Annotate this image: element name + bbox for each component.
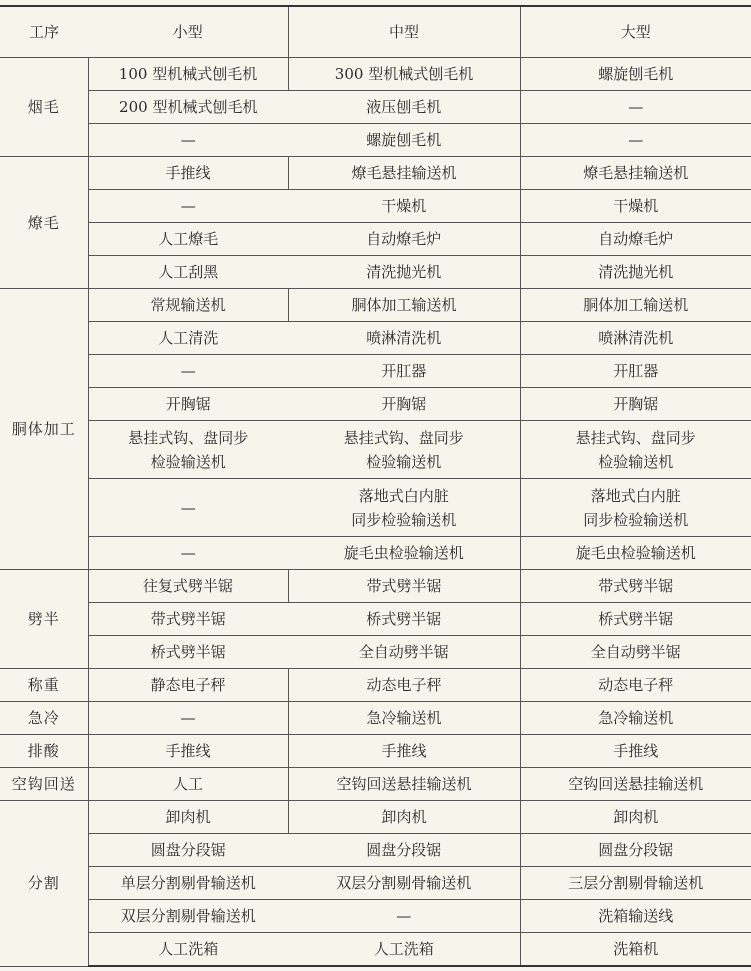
cell-text-line: 圆盘分段锯	[292, 838, 516, 862]
cell-text-line: 开胸锯	[292, 392, 516, 416]
cell-small: 双层分割剔骨输送机	[88, 900, 288, 933]
cell-large: 手推线	[520, 735, 751, 768]
cell-small: 人工清洗	[88, 322, 288, 355]
table-row: —旋毛虫检验输送机旋毛虫检验输送机	[0, 537, 751, 570]
cell-text-line: 燎毛悬挂输送机	[525, 161, 748, 185]
cell-large: 开胸锯	[520, 388, 751, 421]
cell-text-line: —	[93, 541, 285, 565]
cell-text-line: 桥式劈半锯	[93, 640, 285, 664]
cell-text-line: 胴体加工输送机	[525, 293, 748, 317]
cell-text-line: 桥式劈半锯	[525, 607, 748, 631]
table-row: 200 型机械式刨毛机液压刨毛机—	[0, 91, 751, 124]
cell-text-line: 往复式劈半锯	[93, 574, 284, 598]
table-row: 桥式劈半锯全自动劈半锯全自动劈半锯	[0, 636, 751, 669]
cell-text-line: 带式劈半锯	[93, 607, 285, 631]
cell-text-line: 手推线	[293, 739, 516, 763]
cell-text-line: 双层分割剔骨输送机	[292, 871, 516, 895]
cell-large: —	[520, 124, 751, 157]
header-row: 工序 小型 中型 大型	[0, 6, 751, 58]
cell-text-line: 静态电子秤	[93, 673, 284, 697]
cell-text-line: 落地式白内脏	[525, 484, 748, 508]
cell-medium: 自动燎毛炉	[288, 223, 520, 256]
cell-medium: 圆盘分段锯	[288, 834, 520, 867]
cell-text-line: 悬挂式钩、盘同步	[525, 426, 748, 450]
cell-medium: 300 型机械式刨毛机	[288, 58, 520, 91]
cell-large: 空钩回送悬挂输送机	[520, 768, 751, 801]
cell-small: 人工燎毛	[88, 223, 288, 256]
stage-cell: 劈半	[0, 570, 88, 669]
cell-medium: 卸肉机	[288, 801, 520, 834]
cell-medium: 胴体加工输送机	[288, 289, 520, 322]
cell-medium: 落地式白内脏同步检验输送机	[288, 479, 520, 537]
cell-text-line: 人工燎毛	[93, 227, 285, 251]
table-row: 双层分割剔骨输送机—洗箱输送线	[0, 900, 751, 933]
cell-text-line: 同步检验输送机	[525, 508, 748, 532]
cell-text-line: 喷淋清洗机	[525, 326, 748, 350]
cell-text-line: 桥式劈半锯	[292, 607, 516, 631]
cell-text-line: 人工清洗	[93, 326, 285, 350]
cell-text-line: 空钩回送悬挂输送机	[293, 772, 516, 796]
cell-large: 卸肉机	[520, 801, 751, 834]
cell-large: 全自动劈半锯	[520, 636, 751, 669]
cell-small: 静态电子秤	[88, 669, 288, 702]
cell-text-line: 卸肉机	[93, 805, 284, 829]
stage-cell: 空钩回送	[0, 768, 88, 801]
cell-text-line: 洗箱机	[525, 937, 748, 961]
cell-text-line: —	[292, 904, 516, 928]
cell-text-line: 落地式白内脏	[292, 484, 516, 508]
table-row: —开肛器开肛器	[0, 355, 751, 388]
cell-medium: 手推线	[288, 735, 520, 768]
cell-small: 悬挂式钩、盘同步检验输送机	[88, 421, 288, 479]
cell-text-line: —	[525, 95, 748, 119]
cell-small: 往复式劈半锯	[88, 570, 288, 603]
cell-large: 落地式白内脏同步检验输送机	[520, 479, 751, 537]
cell-text-line: 同步检验输送机	[292, 508, 516, 532]
cell-medium: 干燥机	[288, 190, 520, 223]
cell-text-line: 螺旋刨毛机	[292, 128, 516, 152]
header-stage: 工序	[0, 6, 88, 58]
cell-large: 燎毛悬挂输送机	[520, 157, 751, 190]
cell-large: 带式劈半锯	[520, 570, 751, 603]
cell-small: 开胸锯	[88, 388, 288, 421]
table-row: 人工清洗喷淋清洗机喷淋清洗机	[0, 322, 751, 355]
cell-text-line: 人工洗箱	[93, 937, 285, 961]
stage-cell: 称重	[0, 669, 88, 702]
cell-small: 桥式劈半锯	[88, 636, 288, 669]
cell-medium: —	[288, 900, 520, 933]
table-row: 人工洗箱人工洗箱洗箱机	[0, 933, 751, 967]
cell-text-line: 100 型机械式刨毛机	[93, 62, 284, 86]
cell-large: —	[520, 91, 751, 124]
cell-text-line: 胴体加工输送机	[293, 293, 516, 317]
cell-medium: 液压刨毛机	[288, 91, 520, 124]
cell-text-line: 悬挂式钩、盘同步	[292, 426, 516, 450]
cell-text-line: —	[93, 496, 285, 520]
cell-medium: 燎毛悬挂输送机	[288, 157, 520, 190]
cell-text-line: 悬挂式钩、盘同步	[93, 426, 285, 450]
cell-small: 100 型机械式刨毛机	[88, 58, 288, 91]
table-row: 人工刮黑清洗抛光机清洗抛光机	[0, 256, 751, 289]
cell-text-line: 开胸锯	[93, 392, 285, 416]
cell-small: 带式劈半锯	[88, 603, 288, 636]
cell-small: 卸肉机	[88, 801, 288, 834]
table-body: 烟毛100 型机械式刨毛机300 型机械式刨毛机螺旋刨毛机200 型机械式刨毛机…	[0, 58, 751, 967]
cell-text-line: 旋毛虫检验输送机	[292, 541, 516, 565]
table-row: 燎毛手推线燎毛悬挂输送机燎毛悬挂输送机	[0, 157, 751, 190]
cell-small: 手推线	[88, 157, 288, 190]
cell-small: —	[88, 124, 288, 157]
cell-large: 悬挂式钩、盘同步检验输送机	[520, 421, 751, 479]
table-row: 人工燎毛自动燎毛炉自动燎毛炉	[0, 223, 751, 256]
cell-text-line: —	[93, 194, 285, 218]
cell-small: —	[88, 537, 288, 570]
cell-text-line: 燎毛悬挂输送机	[293, 161, 516, 185]
cell-text-line: 清洗抛光机	[292, 260, 516, 284]
cell-medium: 旋毛虫检验输送机	[288, 537, 520, 570]
cell-large: 胴体加工输送机	[520, 289, 751, 322]
cell-medium: 桥式劈半锯	[288, 603, 520, 636]
cell-text-line: 空钩回送悬挂输送机	[525, 772, 748, 796]
cell-large: 螺旋刨毛机	[520, 58, 751, 91]
header-small: 小型	[88, 6, 288, 58]
cell-text-line: 人工	[93, 772, 284, 796]
cell-medium: 全自动劈半锯	[288, 636, 520, 669]
cell-large: 动态电子秤	[520, 669, 751, 702]
cell-small: 人工刮黑	[88, 256, 288, 289]
cell-small: —	[88, 355, 288, 388]
header-medium: 中型	[288, 6, 520, 58]
cell-medium: 清洗抛光机	[288, 256, 520, 289]
cell-text-line: 手推线	[525, 739, 748, 763]
cell-small: 人工	[88, 768, 288, 801]
cell-medium: 动态电子秤	[288, 669, 520, 702]
cell-text-line: 带式劈半锯	[293, 574, 516, 598]
table-row: —螺旋刨毛机—	[0, 124, 751, 157]
cell-text-line: 急冷输送机	[293, 706, 516, 730]
cell-text-line: 人工洗箱	[292, 937, 516, 961]
cell-text-line: 动态电子秤	[293, 673, 516, 697]
cell-medium: 带式劈半锯	[288, 570, 520, 603]
cell-large: 自动燎毛炉	[520, 223, 751, 256]
cell-text-line: 常规输送机	[93, 293, 284, 317]
cell-medium: 喷淋清洗机	[288, 322, 520, 355]
table-row: 单层分割剔骨输送机双层分割剔骨输送机三层分割剔骨输送机	[0, 867, 751, 900]
stage-cell: 烟毛	[0, 58, 88, 157]
cell-text-line: 卸肉机	[525, 805, 748, 829]
document-page: 工序 小型 中型 大型 烟毛100 型机械式刨毛机300 型机械式刨毛机螺旋刨毛…	[0, 0, 751, 971]
cell-text-line: 全自动劈半锯	[292, 640, 516, 664]
cell-text-line: 手推线	[93, 739, 284, 763]
table-row: 圆盘分段锯圆盘分段锯圆盘分段锯	[0, 834, 751, 867]
table-row: —落地式白内脏同步检验输送机落地式白内脏同步检验输送机	[0, 479, 751, 537]
cell-text-line: 300 型机械式刨毛机	[293, 62, 516, 86]
table-row: 带式劈半锯桥式劈半锯桥式劈半锯	[0, 603, 751, 636]
cell-large: 桥式劈半锯	[520, 603, 751, 636]
cell-text-line: 圆盘分段锯	[525, 838, 748, 862]
table-row: 开胸锯开胸锯开胸锯	[0, 388, 751, 421]
equipment-table: 工序 小型 中型 大型 烟毛100 型机械式刨毛机300 型机械式刨毛机螺旋刨毛…	[0, 5, 751, 967]
table-row: 悬挂式钩、盘同步检验输送机悬挂式钩、盘同步检验输送机悬挂式钩、盘同步检验输送机	[0, 421, 751, 479]
cell-medium: 空钩回送悬挂输送机	[288, 768, 520, 801]
cell-text-line: 卸肉机	[293, 805, 516, 829]
cell-large: 喷淋清洗机	[520, 322, 751, 355]
stage-cell: 急冷	[0, 702, 88, 735]
cell-small: 手推线	[88, 735, 288, 768]
cell-text-line: 动态电子秤	[525, 673, 748, 697]
cell-text-line: 检验输送机	[93, 450, 285, 474]
cell-text-line: 急冷输送机	[525, 706, 748, 730]
cell-text-line: 旋毛虫检验输送机	[525, 541, 748, 565]
cell-text-line: —	[93, 128, 285, 152]
cell-text-line: 双层分割剔骨输送机	[93, 904, 285, 928]
cell-small: —	[88, 190, 288, 223]
header-large: 大型	[520, 6, 751, 58]
cell-medium: 开肛器	[288, 355, 520, 388]
table-row: 烟毛100 型机械式刨毛机300 型机械式刨毛机螺旋刨毛机	[0, 58, 751, 91]
cell-small: 200 型机械式刨毛机	[88, 91, 288, 124]
stage-cell: 分割	[0, 801, 88, 967]
cell-text-line: —	[93, 706, 284, 730]
cell-large: 清洗抛光机	[520, 256, 751, 289]
cell-text-line: 单层分割剔骨输送机	[93, 871, 285, 895]
cell-small: —	[88, 702, 288, 735]
cell-text-line: —	[93, 359, 285, 383]
table-row: 劈半往复式劈半锯带式劈半锯带式劈半锯	[0, 570, 751, 603]
cell-small: 圆盘分段锯	[88, 834, 288, 867]
cell-text-line: 手推线	[93, 161, 284, 185]
cell-large: 圆盘分段锯	[520, 834, 751, 867]
cell-medium: 开胸锯	[288, 388, 520, 421]
cell-text-line: 人工刮黑	[93, 260, 285, 284]
cell-text-line: 全自动劈半锯	[525, 640, 748, 664]
table-row: 分割卸肉机卸肉机卸肉机	[0, 801, 751, 834]
cell-medium: 人工洗箱	[288, 933, 520, 967]
table-row: 排酸手推线手推线手推线	[0, 735, 751, 768]
table-row: —干燥机干燥机	[0, 190, 751, 223]
cell-large: 洗箱机	[520, 933, 751, 967]
cell-text-line: 圆盘分段锯	[93, 838, 285, 862]
cell-text-line: 液压刨毛机	[292, 95, 516, 119]
cell-text-line: 干燥机	[525, 194, 748, 218]
stage-cell: 排酸	[0, 735, 88, 768]
cell-large: 开肛器	[520, 355, 751, 388]
cell-text-line: 干燥机	[292, 194, 516, 218]
cell-large: 急冷输送机	[520, 702, 751, 735]
table-row: 空钩回送人工空钩回送悬挂输送机空钩回送悬挂输送机	[0, 768, 751, 801]
cell-small: —	[88, 479, 288, 537]
cell-large: 三层分割剔骨输送机	[520, 867, 751, 900]
table-row: 称重静态电子秤动态电子秤动态电子秤	[0, 669, 751, 702]
cell-text-line: 喷淋清洗机	[292, 326, 516, 350]
stage-cell: 胴体加工	[0, 289, 88, 570]
cell-text-line: 带式劈半锯	[525, 574, 748, 598]
cell-text-line: 开胸锯	[525, 392, 748, 416]
cell-large: 洗箱输送线	[520, 900, 751, 933]
cell-text-line: 开肛器	[292, 359, 516, 383]
cell-large: 旋毛虫检验输送机	[520, 537, 751, 570]
stage-cell: 燎毛	[0, 157, 88, 289]
cell-medium: 螺旋刨毛机	[288, 124, 520, 157]
table-row: 急冷—急冷输送机急冷输送机	[0, 702, 751, 735]
cell-small: 人工洗箱	[88, 933, 288, 967]
cell-text-line: 三层分割剔骨输送机	[525, 871, 748, 895]
cell-text-line: 清洗抛光机	[525, 260, 748, 284]
cell-medium: 双层分割剔骨输送机	[288, 867, 520, 900]
cell-medium: 急冷输送机	[288, 702, 520, 735]
cell-text-line: 检验输送机	[525, 450, 748, 474]
cell-text-line: 开肛器	[525, 359, 748, 383]
cell-text-line: —	[525, 128, 748, 152]
cell-text-line: 洗箱输送线	[525, 904, 748, 928]
cell-text-line: 200 型机械式刨毛机	[93, 95, 285, 119]
cell-medium: 悬挂式钩、盘同步检验输送机	[288, 421, 520, 479]
cell-large: 干燥机	[520, 190, 751, 223]
cell-text-line: 自动燎毛炉	[292, 227, 516, 251]
cell-small: 常规输送机	[88, 289, 288, 322]
cell-small: 单层分割剔骨输送机	[88, 867, 288, 900]
cell-text-line: 检验输送机	[292, 450, 516, 474]
table-row: 胴体加工常规输送机胴体加工输送机胴体加工输送机	[0, 289, 751, 322]
cell-text-line: 螺旋刨毛机	[525, 62, 748, 86]
cell-text-line: 自动燎毛炉	[525, 227, 748, 251]
